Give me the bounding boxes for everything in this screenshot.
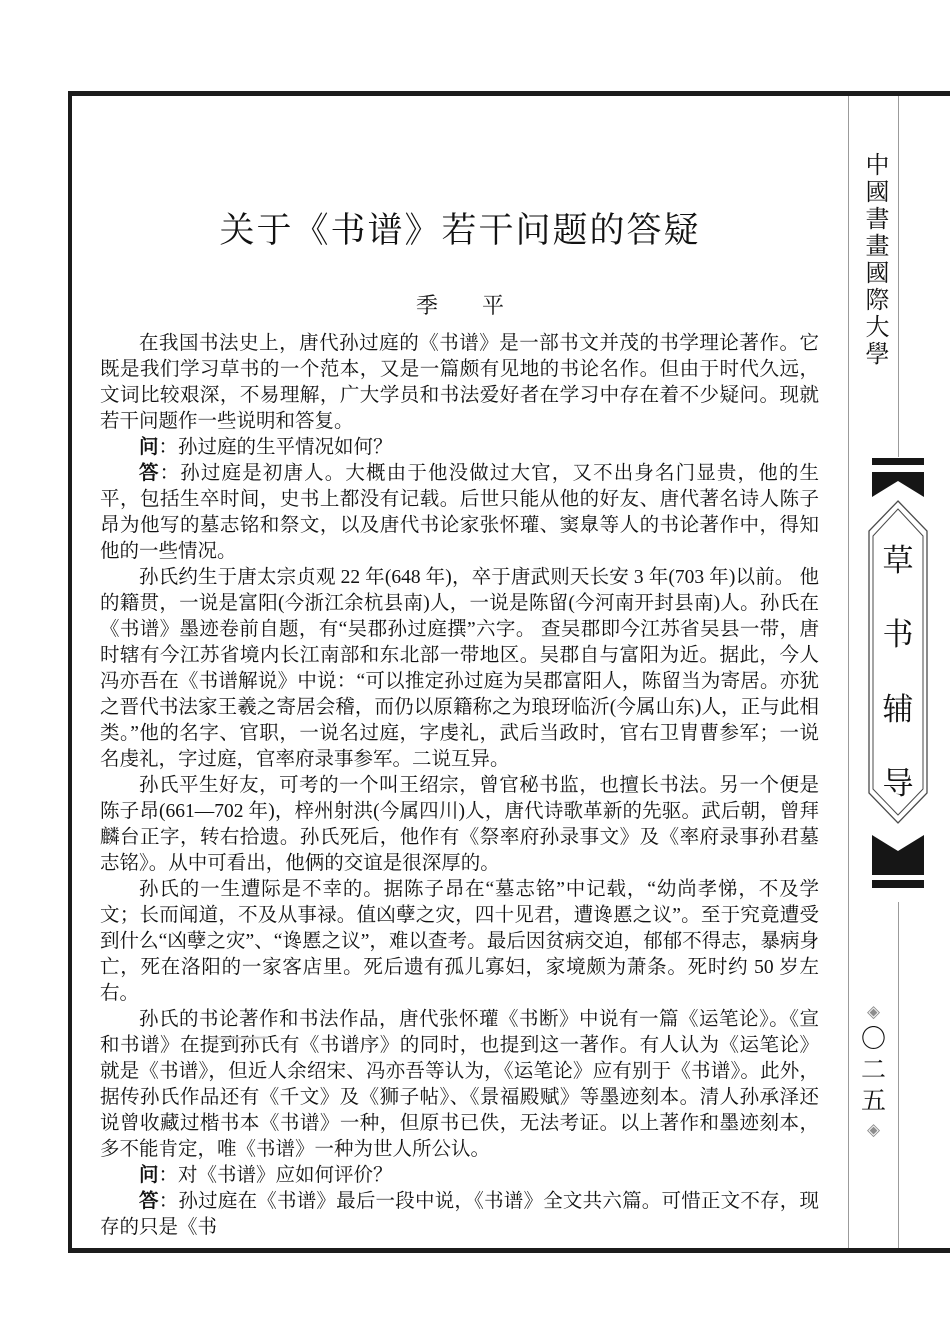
frame-left-rule xyxy=(68,91,72,1253)
series-label-vertical-text: 草书辅导 xyxy=(866,505,930,817)
series-label-char: 书 xyxy=(883,609,914,654)
paragraph: 在我国书法史上，唐代孙过庭的《书谱》是一部书文并茂的书学理论著作。它既是我们学习… xyxy=(100,331,819,435)
series-label-char: 草 xyxy=(883,535,914,580)
article-body: 在我国书法史上，唐代孙过庭的《书谱》是一部书文并茂的书学理论著作。它既是我们学习… xyxy=(100,331,819,1241)
series-label-char: 导 xyxy=(883,758,914,803)
paragraph: 孙氏的一生遭际是不幸的。据陈子昂在“墓志铭”中记载，“幼尚孝悌，不及学文；长而闻… xyxy=(100,877,819,1007)
qa-lead: 问 xyxy=(139,1165,159,1186)
page-number-char: 二 xyxy=(861,1058,886,1084)
ornament-diamond-icon: ◈ xyxy=(867,1120,880,1140)
sidebar-institution-vertical-text: 中國書畫國際大學 xyxy=(849,152,898,368)
paragraph: 问：孙过庭的生平情况如何？ xyxy=(100,435,819,461)
paragraph: 孙氏的书论著作和书法作品，唐代张怀瓘《书断》中说有一篇《运笔论》。《宣和书谱》在… xyxy=(100,1007,819,1163)
qa-lead: 答 xyxy=(139,463,160,484)
qa-lead: 答 xyxy=(139,1191,159,1212)
article-author: 季 平 xyxy=(72,289,848,320)
series-label-char: 辅 xyxy=(883,684,914,729)
page-number-char: 〇 xyxy=(861,1027,886,1053)
qa-lead: 问 xyxy=(139,437,159,458)
cartouche-top-bar xyxy=(872,458,924,465)
cartouche-top-ribbon xyxy=(872,472,924,497)
paragraph: 问：对《书谱》应如何评价？ xyxy=(100,1163,819,1189)
cartouche-bottom-bar xyxy=(872,880,924,888)
sidebar-rule-upper xyxy=(898,96,899,457)
cartouche-bottom-ribbon xyxy=(872,835,924,875)
frame-bottom-rule xyxy=(68,1248,950,1253)
page-number-char: 五 xyxy=(861,1089,886,1115)
paragraph: 答：孙过庭在《书谱》最后一段中说，《书谱》全文共六篇。可惜正文不存，现存的只是《… xyxy=(100,1189,819,1241)
paragraph: 孙氏约生于唐太宗贞观 22 年(648 年)，卒于唐武则天长安 3 年(703 … xyxy=(100,565,819,773)
paragraph: 答：孙过庭是初唐人。大概由于他没做过大官，又不出身名门显贵，他的生平，包括生卒时… xyxy=(100,461,819,565)
frame-top-rule xyxy=(68,91,950,96)
article-title: 关于《书谱》若干问题的答疑 xyxy=(72,203,848,253)
paragraph: 孙氏平生好友，可考的一个叫王绍宗，曾官秘书监，也擅长书法。另一个便是陈子昂(66… xyxy=(100,773,819,877)
ornament-diamond-icon: ◈ xyxy=(867,1002,880,1022)
page-number-column: ◈ 〇二五 ◈ xyxy=(849,1002,898,1140)
sidebar-rule-lower xyxy=(898,902,899,1248)
scanned-book-page: { "colors": { "frame": "#1c1c1c", "thin_… xyxy=(0,0,950,1344)
